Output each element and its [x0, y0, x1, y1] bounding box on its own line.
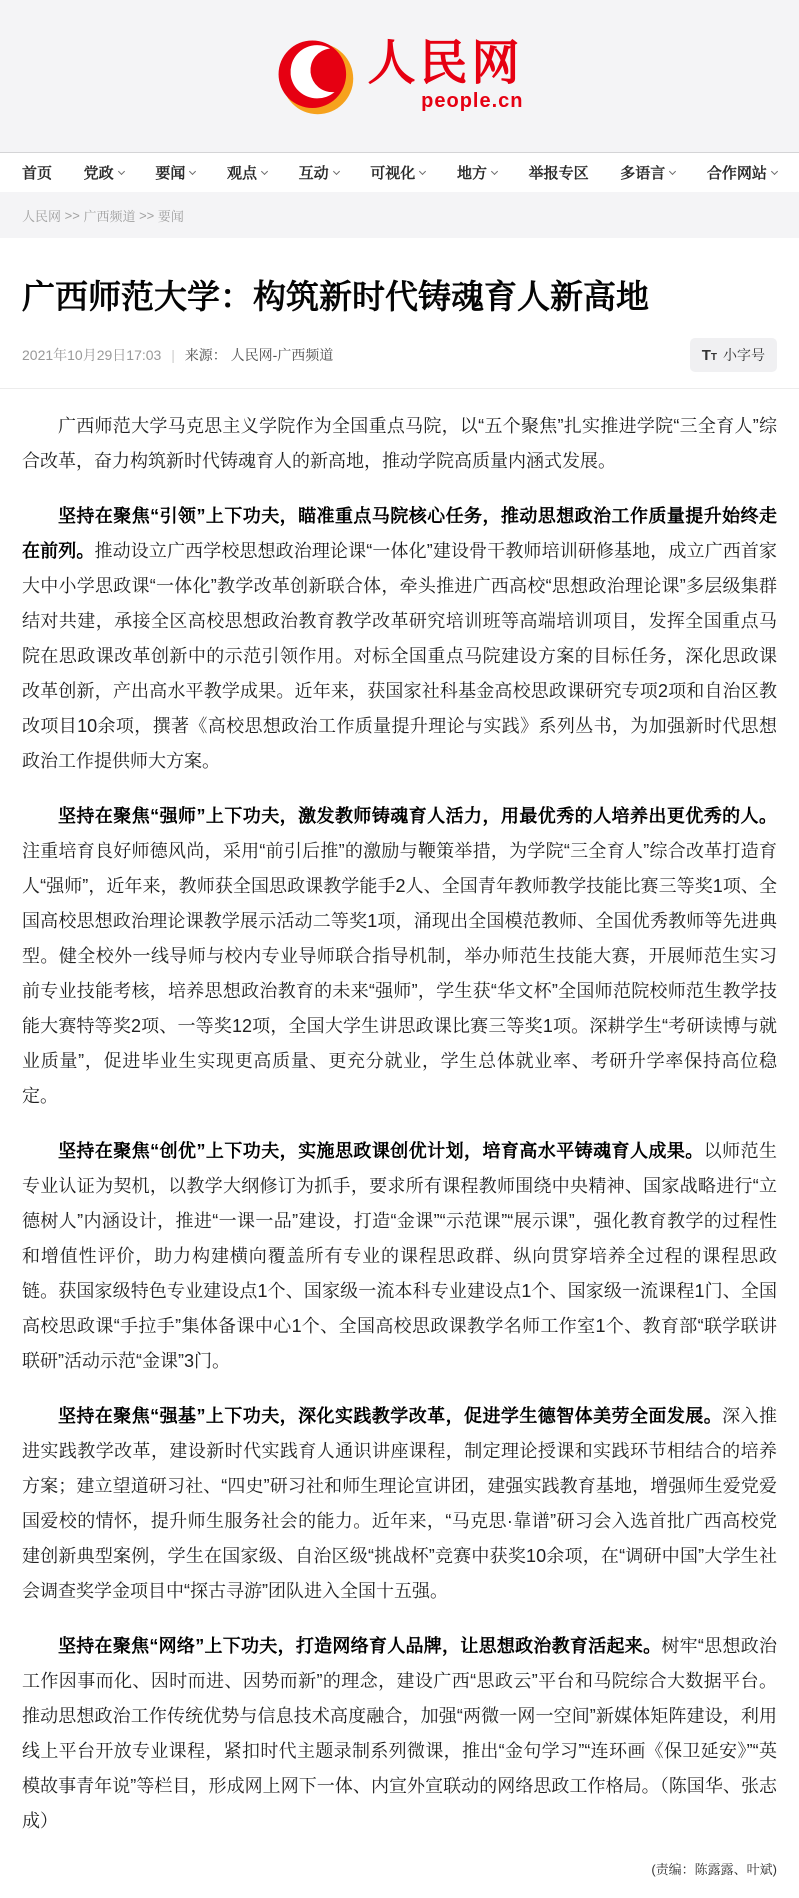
nav-item-label: 合作网站: [707, 162, 767, 183]
chevron-down-icon: [491, 167, 498, 174]
nav-item-label: 党政: [84, 162, 114, 183]
breadcrumb-separator: >>: [135, 208, 157, 223]
meta-separator: |: [171, 347, 175, 363]
nav-item[interactable]: 地方: [457, 162, 497, 183]
source-label: 来源：: [185, 347, 227, 363]
people-cn-logo-icon: [275, 36, 355, 116]
paragraph-text: 注重培育良好师德风尚，采用“前引后推”的激励与鞭策举措，为学院“三全育人”综合改…: [22, 841, 777, 1106]
paragraph-lead: 坚持在聚焦“强师”上下功夫，激发教师铸魂育人活力，用最优秀的人培养出更优秀的人。: [58, 806, 777, 826]
article-paragraph: 坚持在聚焦“强师”上下功夫，激发教师铸魂育人活力，用最优秀的人培养出更优秀的人。…: [22, 799, 777, 1114]
nav-item-label: 多语言: [620, 162, 665, 183]
nav-item-label: 观点: [227, 162, 257, 183]
main-nav: 首页 党政 要闻 观点 互动 可视化 地方 举报专区 多语言 合作网站: [0, 152, 799, 192]
paragraph-text: 树牢“思想政治工作因事而化、因时而进、因势而新”的理念，建设广西“思政云”平台和…: [22, 1636, 777, 1831]
editor-credit: (责编：陈露露、叶斌): [22, 1859, 777, 1878]
paragraph-lead: 坚持在聚焦“网络”上下功夫，打造网络育人品牌，让思想政治教育活起来。: [58, 1636, 661, 1656]
source-link[interactable]: 人民网-广西频道: [231, 347, 334, 363]
nav-item[interactable]: 互动: [299, 162, 339, 183]
nav-item-label: 地方: [457, 162, 487, 183]
breadcrumb-link[interactable]: 要闻: [158, 206, 184, 225]
nav-item-label: 可视化: [370, 162, 415, 183]
nav-item[interactable]: 多语言: [620, 162, 675, 183]
breadcrumb-separator: >>: [61, 208, 83, 223]
site-logo[interactable]: 人民网 people.cn: [275, 36, 523, 116]
article-paragraph: 坚持在聚焦“强基”上下功夫，深化实践教学改革，促进学生德智体美劳全面发展。深入推…: [22, 1399, 777, 1609]
nav-item[interactable]: 可视化: [370, 162, 425, 183]
article-meta: 2021年10月29日17:03 | 来源： 人民网-广西频道 TT 小字号: [22, 338, 777, 388]
article-card: 广西师范大学：构筑新时代铸魂育人新高地 2021年10月29日17:03 | 来…: [0, 238, 799, 1898]
chevron-down-icon: [669, 167, 676, 174]
nav-item[interactable]: 合作网站: [707, 162, 777, 183]
page-title: 广西师范大学：构筑新时代铸魂育人新高地: [22, 274, 777, 320]
logo-cn-text: 人民网: [367, 40, 523, 88]
chevron-down-icon: [771, 167, 778, 174]
article-meta-info: 2021年10月29日17:03 | 来源： 人民网-广西频道: [22, 345, 333, 365]
breadcrumb-link[interactable]: 人民网: [22, 206, 61, 225]
nav-item-label: 要闻: [155, 162, 185, 183]
nav-item[interactable]: 要闻: [155, 162, 195, 183]
font-size-button[interactable]: TT 小字号: [690, 338, 777, 372]
paragraph-text: 广西师范大学马克思主义学院作为全国重点马院，以“五个聚焦”扎实推进学院“三全育人…: [22, 416, 777, 471]
chevron-down-icon: [333, 167, 340, 174]
font-size-icon: TT: [702, 347, 717, 364]
nav-item-label: 互动: [299, 162, 329, 183]
nav-item[interactable]: 首页: [22, 162, 52, 183]
font-size-label: 小字号: [723, 345, 765, 365]
chevron-down-icon: [261, 167, 268, 174]
nav-item-label: 举报专区: [529, 162, 589, 183]
article-paragraph: 坚持在聚焦“创优”上下功夫，实施思政课创优计划，培育高水平铸魂育人成果。以师范生…: [22, 1134, 777, 1379]
breadcrumb-link[interactable]: 广西频道: [83, 206, 135, 225]
logo-en-text: people.cn: [421, 90, 523, 113]
publish-date: 2021年10月29日17:03: [22, 347, 161, 363]
chevron-down-icon: [189, 167, 196, 174]
paragraph-lead: 坚持在聚焦“创优”上下功夫，实施思政课创优计划，培育高水平铸魂育人成果。: [58, 1141, 704, 1161]
article-body: 广西师范大学马克思主义学院作为全国重点马院，以“五个聚焦”扎实推进学院“三全育人…: [22, 409, 777, 1839]
chevron-down-icon: [118, 167, 125, 174]
paragraph-lead: 坚持在聚焦“强基”上下功夫，深化实践教学改革，促进学生德智体美劳全面发展。: [58, 1406, 722, 1426]
paragraph-text: 以师范生专业认证为契机，以教学大纲修订为抓手，要求所有课程教师围绕中央精神、国家…: [22, 1141, 777, 1371]
site-header: 人民网 people.cn: [0, 0, 799, 152]
nav-item-label: 首页: [22, 162, 52, 183]
breadcrumb: 人民网 >> 广西频道 >> 要闻: [0, 192, 799, 238]
paragraph-text: 推动设立广西学校思想政治理论课“一体化”建设骨干教师培训研修基地，成立广西首家大…: [22, 541, 777, 771]
article-paragraph: 坚持在聚焦“引领”上下功夫，瞄准重点马院核心任务，推动思想政治工作质量提升始终走…: [22, 499, 777, 779]
paragraph-text: 深入推进实践教学改革，建设新时代实践育人通识讲座课程，制定理论授课和实践环节相结…: [22, 1406, 777, 1601]
nav-item[interactable]: 观点: [227, 162, 267, 183]
nav-item[interactable]: 党政: [84, 162, 124, 183]
divider: [0, 388, 799, 389]
article-paragraph: 广西师范大学马克思主义学院作为全国重点马院，以“五个聚焦”扎实推进学院“三全育人…: [22, 409, 777, 479]
article-paragraph: 坚持在聚焦“网络”上下功夫，打造网络育人品牌，让思想政治教育活起来。树牢“思想政…: [22, 1629, 777, 1839]
nav-item[interactable]: 举报专区: [529, 162, 589, 183]
chevron-down-icon: [419, 167, 426, 174]
